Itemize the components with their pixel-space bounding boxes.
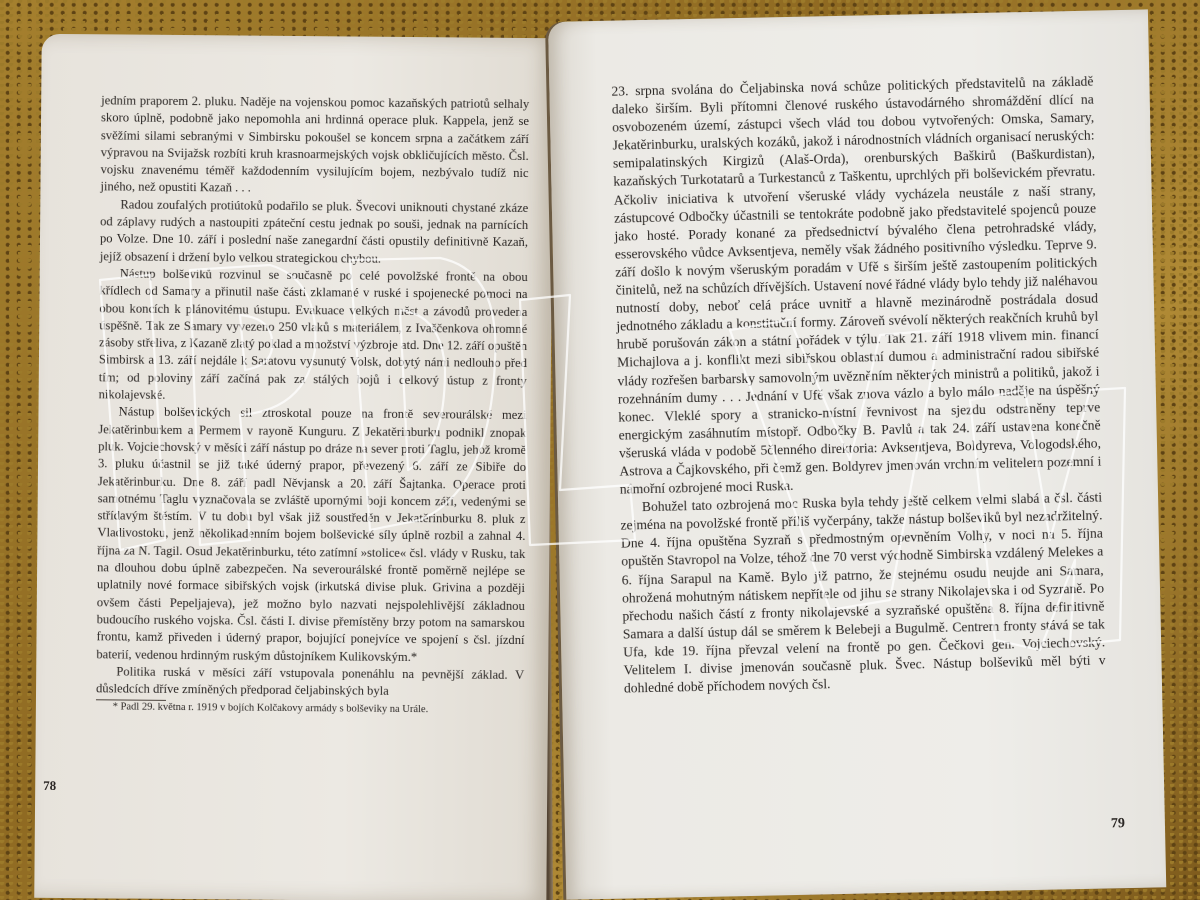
paragraph: Politika ruská v měsíci září vstupovala … xyxy=(96,663,524,701)
right-page-text: 23. srpna svolána do Čeljabinska nová sc… xyxy=(611,73,1106,698)
right-page: 23. srpna svolána do Čeljabinska nová sc… xyxy=(548,9,1166,899)
paragraph: 23. srpna svolána do Čeljabinska nová sc… xyxy=(611,73,1102,499)
paragraph: jedním praporem 2. pluku. Naděje na voje… xyxy=(100,92,529,200)
left-page-text: jedním praporem 2. pluku. Naděje na voje… xyxy=(96,92,529,718)
paragraph: Bohužel tato ozbrojená moc Ruska byla te… xyxy=(620,489,1106,698)
paragraph: Nástup bolševických sil ztroskotal pouze… xyxy=(96,404,526,667)
left-page: jedním praporem 2. pluku. Naděje na voje… xyxy=(34,34,554,900)
paragraph: Radou zoufalých protiútoků podařilo se p… xyxy=(100,196,529,269)
page-number-right: 79 xyxy=(1111,816,1125,832)
paragraph: Nástup bolševiků rozvinul se současně po… xyxy=(99,265,528,407)
footnote: * Padl 29. května r. 1919 v bojích Kolča… xyxy=(96,701,524,719)
page-number-left: 78 xyxy=(43,778,56,794)
